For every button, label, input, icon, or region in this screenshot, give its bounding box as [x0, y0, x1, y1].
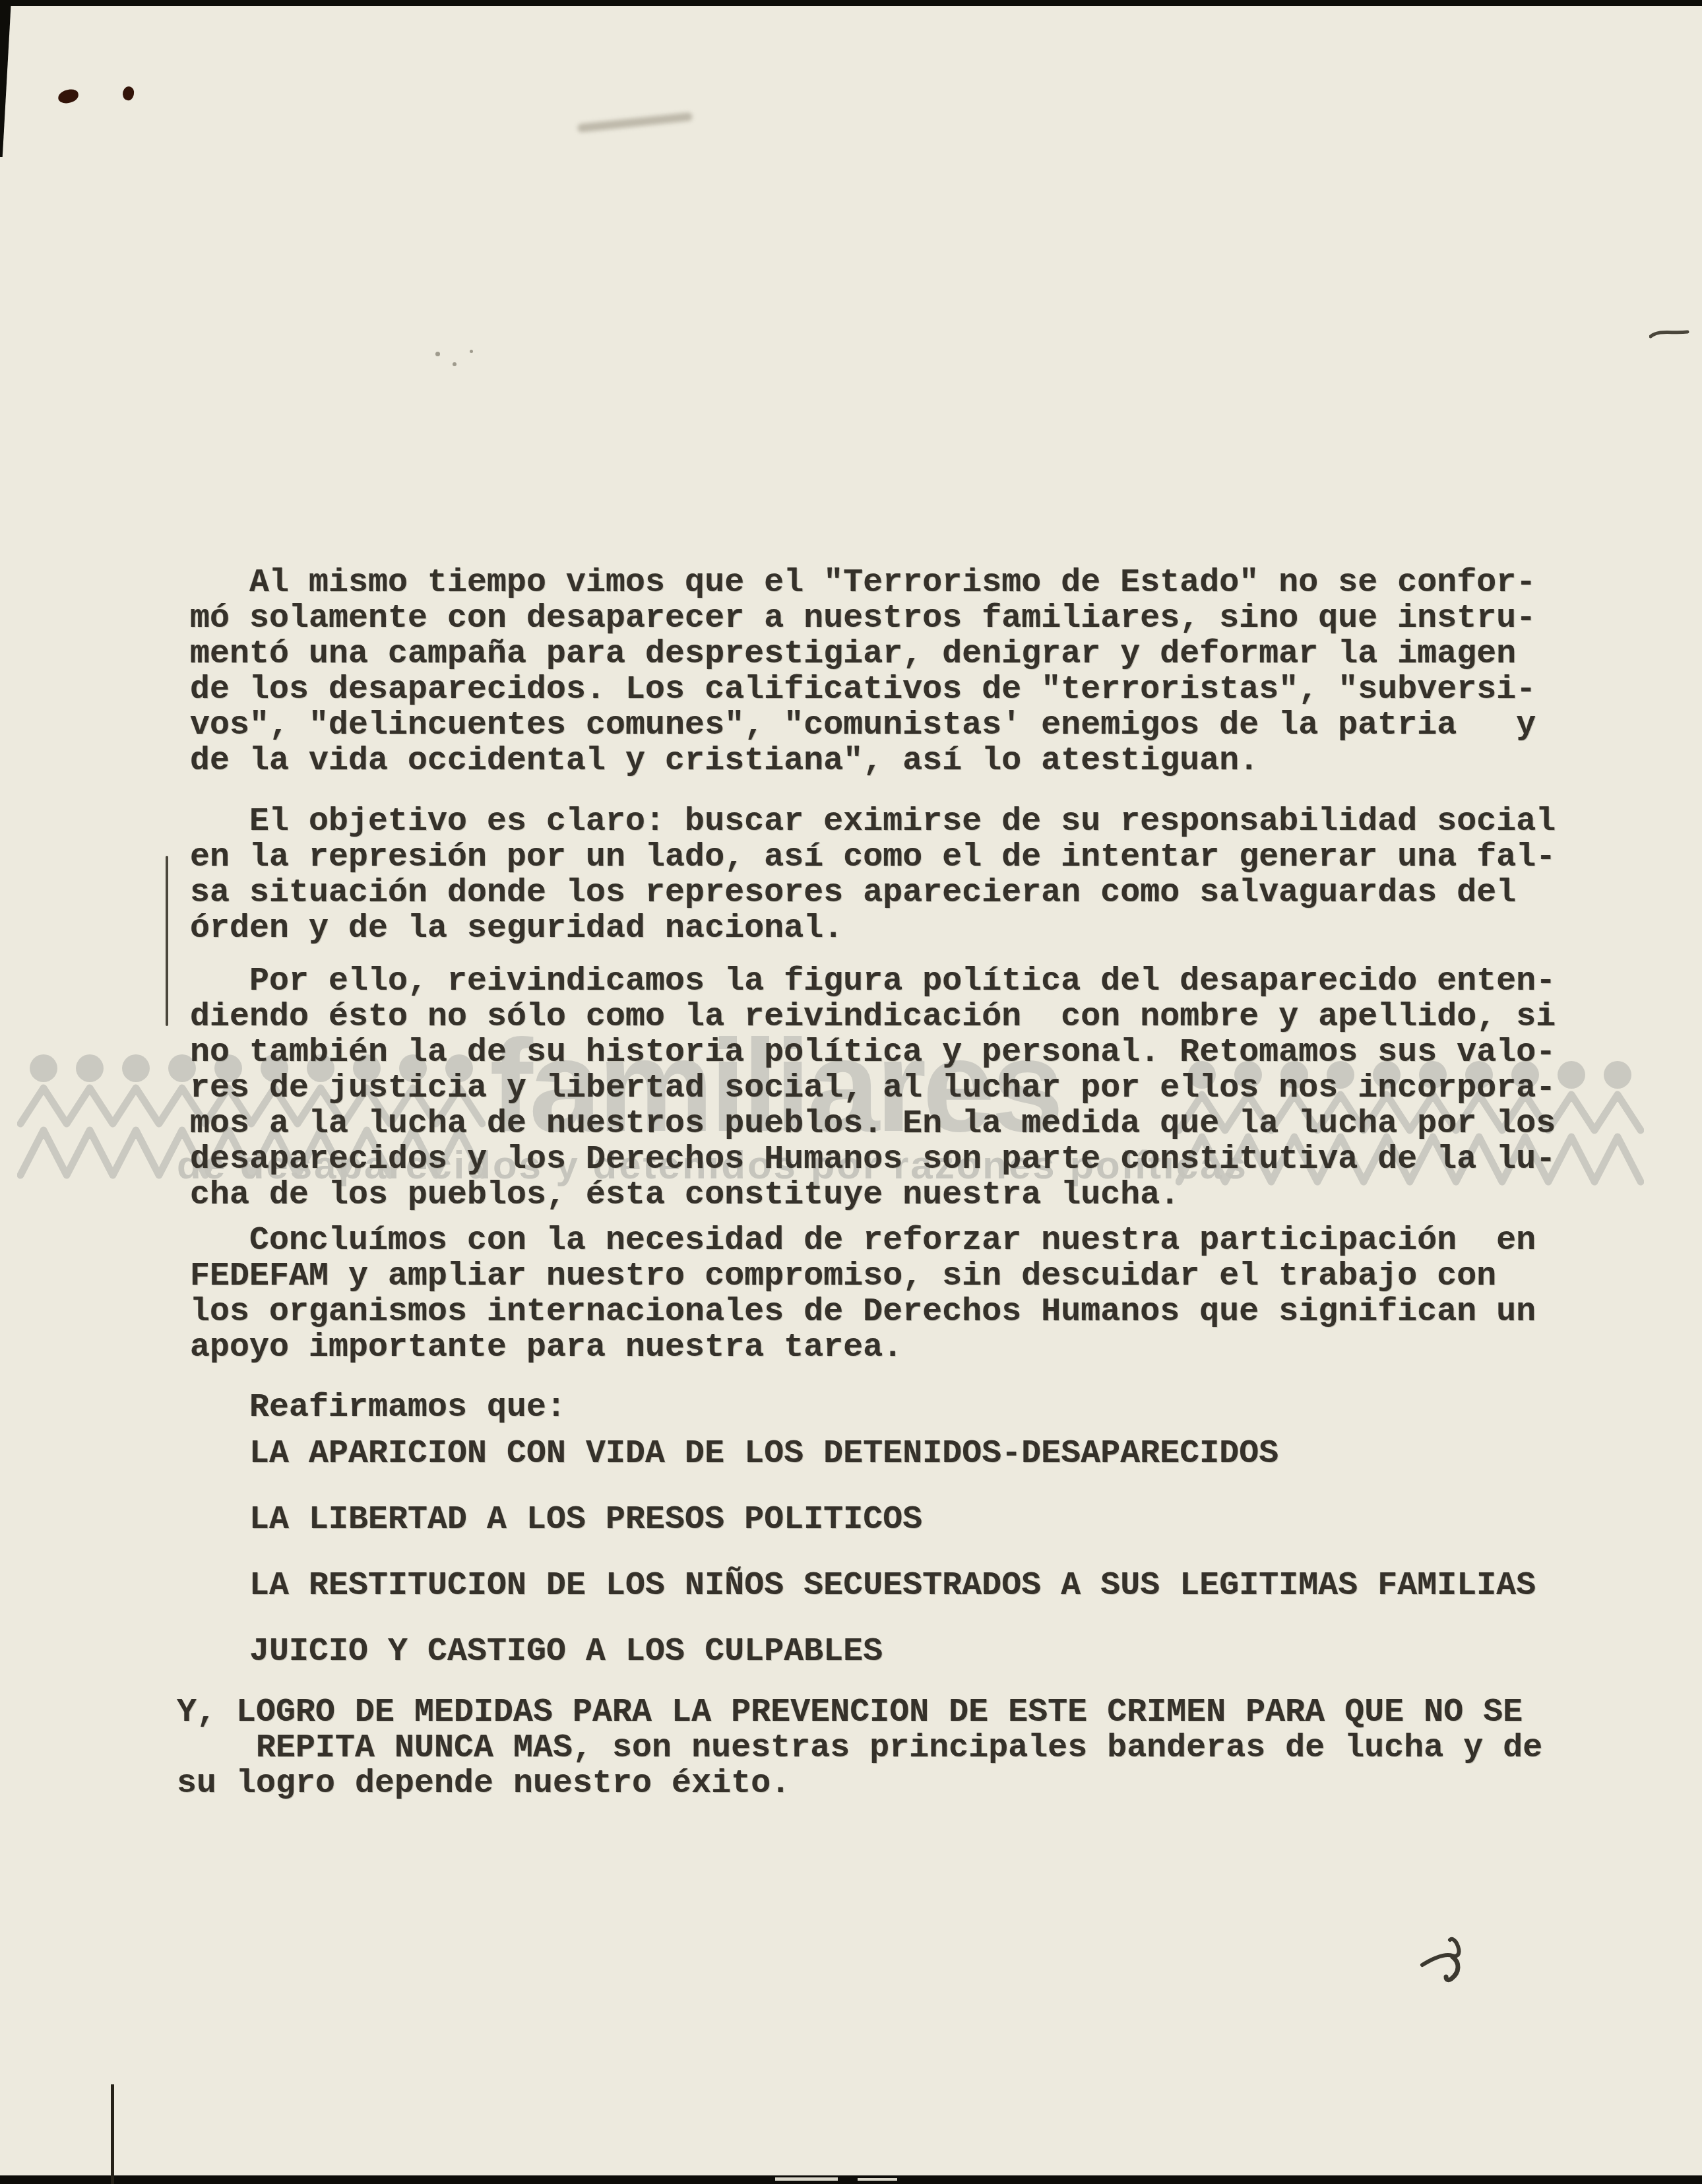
- typed-paragraph: El objetivo es claro: buscar eximirse de…: [190, 804, 1556, 947]
- bottom-pen-line: [111, 2084, 114, 2184]
- stray-mark: [1649, 327, 1690, 341]
- speck: [470, 350, 473, 353]
- scan-edge-gap: [775, 2177, 838, 2181]
- closing-paragraph: Y, LOGRO DE MEDIDAS PARA LA PREVENCION D…: [177, 1695, 1542, 1802]
- typed-paragraph: Concluímos con la necesidad de reforzar …: [190, 1223, 1536, 1366]
- paper-sheet: familiares de desaparecidos y detenidos …: [0, 6, 1702, 2175]
- speck: [453, 362, 457, 366]
- demand-line: JUICIO Y CASTIGO A LOS CULPABLES: [190, 1634, 883, 1670]
- reaffirm-heading: Reafirmamos que:: [190, 1390, 566, 1426]
- speck: [435, 352, 440, 356]
- scanned-document-page: familiares de desaparecidos y detenidos …: [0, 0, 1702, 2184]
- scan-edge-gap: [858, 2178, 897, 2181]
- demand-line: LA RESTITUCION DE LOS NIÑOS SECUESTRADOS…: [190, 1568, 1536, 1604]
- ink-blot: [121, 85, 136, 101]
- demand-line: LA APARICION CON VIDA DE LOS DETENIDOS-D…: [190, 1436, 1278, 1472]
- ink-blot: [57, 88, 79, 104]
- typed-paragraph: Al mismo tiempo vimos que el "Terrorismo…: [190, 565, 1536, 779]
- margin-pen-line: [166, 856, 168, 1026]
- demand-line: LA LIBERTAD A LOS PRESOS POLITICOS: [190, 1502, 922, 1538]
- typed-paragraph: Por ello, reivindicamos la figura políti…: [190, 964, 1556, 1213]
- pencil-smudge: [577, 112, 693, 133]
- handwritten-squiggle: [1418, 1929, 1484, 1989]
